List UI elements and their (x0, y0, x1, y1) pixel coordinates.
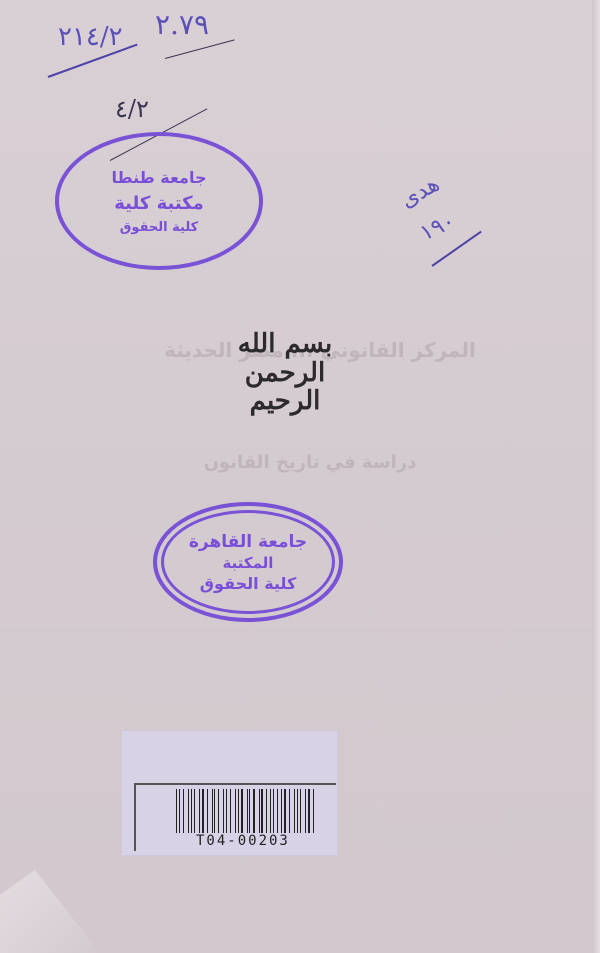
crossed-note: ٤/٢ (115, 95, 149, 123)
barcode-bar (212, 789, 213, 833)
barcode-bar (313, 789, 314, 833)
barcode-bar (253, 789, 254, 833)
scanned-page: ٢١٤/٢ ٢.٧٩ ٤/٢ جامعة طنطا مكتبة كلية كلي… (0, 0, 600, 953)
barcode-bar (277, 789, 278, 833)
barcode-bar (259, 789, 260, 833)
barcode-bar (289, 789, 290, 833)
barcode-bar (284, 789, 286, 833)
barcode-bar (214, 789, 215, 833)
handwritten-shelfmark: ٢١٤/٢ (58, 22, 123, 52)
stamp-line: مكتبة كلية (114, 193, 204, 214)
barcode-bar (281, 789, 282, 833)
barcode-bar (294, 789, 295, 833)
barcode-bar (235, 789, 236, 833)
stamp-line: كلية الحقوق (120, 220, 198, 235)
barcode-bar (226, 789, 227, 833)
barcode-bar (247, 789, 248, 833)
barcode-bar (176, 789, 177, 833)
ink-underline (165, 39, 235, 59)
barcode-bar (305, 789, 306, 833)
barcode-bar (308, 789, 310, 833)
stamp-inner-ring (161, 510, 335, 614)
barcode-bar (202, 789, 204, 833)
barcode-bar (230, 789, 231, 833)
handwritten-number: ١٩٠ (416, 209, 459, 247)
handwritten-word: هدى (396, 172, 443, 214)
barcode-bar (300, 789, 301, 833)
barcode-bar (261, 789, 263, 833)
barcode-bar (207, 789, 208, 833)
barcode-bar (179, 789, 180, 833)
page-edge (592, 0, 600, 953)
barcode-bar (270, 789, 271, 833)
folded-corner (0, 870, 100, 953)
basmala-calligraphy: بسم الله الرحمن الرحيم (210, 298, 360, 448)
library-stamp-cairo: جامعة القاهرة المكتبة كلية الحقوق (153, 502, 343, 622)
barcode-bar (241, 789, 243, 833)
stamp-line: جامعة طنطا (112, 168, 207, 187)
barcode-bar (218, 789, 219, 833)
barcode-bar (194, 789, 195, 833)
barcode-bar (223, 789, 225, 833)
barcode-bar (191, 789, 192, 833)
barcode-bar (183, 789, 185, 833)
barcode-bar (238, 789, 239, 833)
barcode-bar (249, 789, 250, 833)
barcode-bar (266, 789, 267, 833)
barcode-bar (199, 789, 200, 833)
faded-subtitle-line: دراسة في تاريخ القانون (100, 452, 520, 473)
barcode-bar (297, 789, 298, 833)
barcode-label: T04-00203 (121, 730, 338, 856)
barcode-bar (188, 789, 189, 833)
barcode-bars (176, 789, 316, 833)
barcode-number: T04-00203 (196, 833, 290, 849)
library-stamp-tanta: جامعة طنطا مكتبة كلية كلية الحقوق (55, 132, 263, 270)
handwritten-number: ٢.٧٩ (155, 8, 209, 41)
barcode-bar (273, 789, 274, 833)
barcode-frame: T04-00203 (134, 783, 336, 851)
